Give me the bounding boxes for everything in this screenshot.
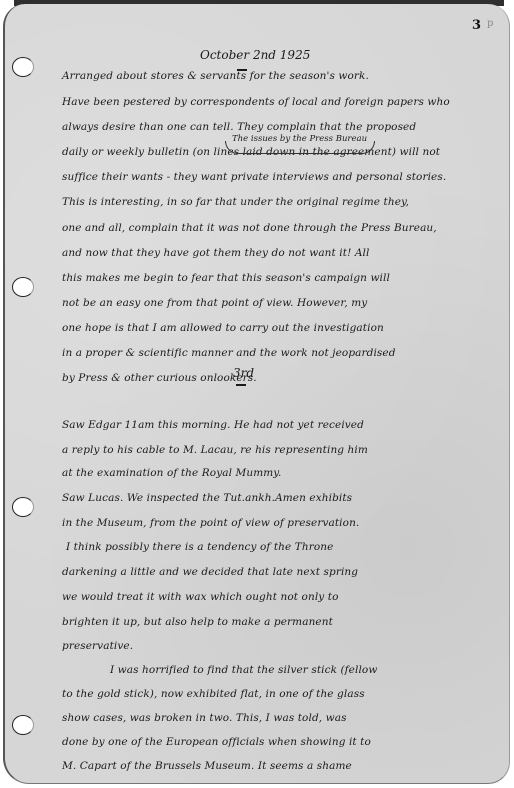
journal-line: one hope is that I am allowed to carry o… <box>62 322 384 334</box>
journal-line: in the Museum, from the point of view of… <box>62 517 359 529</box>
journal-line: Saw Edgar 11am this morning. He had not … <box>62 419 364 431</box>
punch-hole-icon <box>12 497 34 517</box>
journal-line: in a proper & scientific manner and the … <box>62 347 396 359</box>
journal-line: we would treat it with wax which ought n… <box>62 591 339 603</box>
insertion-loop-mark <box>225 141 375 154</box>
punch-hole-icon <box>12 57 34 77</box>
journal-line: darkening a little and we decided that l… <box>62 566 358 578</box>
journal-line: Have been pestered by correspondents of … <box>62 96 450 108</box>
journal-line: preservative. <box>62 640 133 652</box>
document-viewport: 3 p October 2nd 1925 Arranged about stor… <box>0 0 514 788</box>
journal-line: Arranged about stores & servants for the… <box>62 70 369 82</box>
journal-line: not be an easy one from that point of vi… <box>62 297 367 309</box>
journal-line: one and all, complain that it was not do… <box>62 222 437 234</box>
journal-line: at the examination of the Royal Mummy. <box>62 467 281 479</box>
page-number-annotation: p <box>487 18 493 29</box>
journal-line: a reply to his cable to M. Lacau, re his… <box>62 444 368 456</box>
journal-line: show cases, was broken in two. This, I w… <box>62 712 347 724</box>
journal-line: I think possibly there is a tendency of … <box>66 541 333 553</box>
journal-line: This is interesting, in so far that unde… <box>62 196 409 208</box>
journal-line: to the gold stick), now exhibited flat, … <box>62 688 365 700</box>
journal-line: brighten it up, but also help to make a … <box>62 616 333 628</box>
journal-line: and now that they have got them they do … <box>62 247 369 259</box>
journal-line: done by one of the European officials wh… <box>62 736 371 748</box>
entry-date-heading: October 2nd 1925 <box>200 48 310 62</box>
journal-line: this makes me begin to fear that this se… <box>62 272 390 284</box>
journal-line: always desire than one can tell. They co… <box>62 121 416 133</box>
punch-hole-icon <box>12 277 34 297</box>
journal-line: I was horrified to find that the silver … <box>110 664 377 676</box>
punch-hole-icon <box>12 715 34 735</box>
page-number: 3 <box>472 18 481 33</box>
journal-line: by Press & other curious onlookers. <box>62 372 257 384</box>
entry-date-heading: 3rd <box>233 366 254 380</box>
journal-line: M. Capart of the Brussels Museum. It see… <box>62 760 352 772</box>
journal-line: Saw Lucas. We inspected the Tut.ankh.Ame… <box>62 492 352 504</box>
journal-line: suffice their wants - they want private … <box>62 171 446 183</box>
date-underline <box>236 384 246 386</box>
